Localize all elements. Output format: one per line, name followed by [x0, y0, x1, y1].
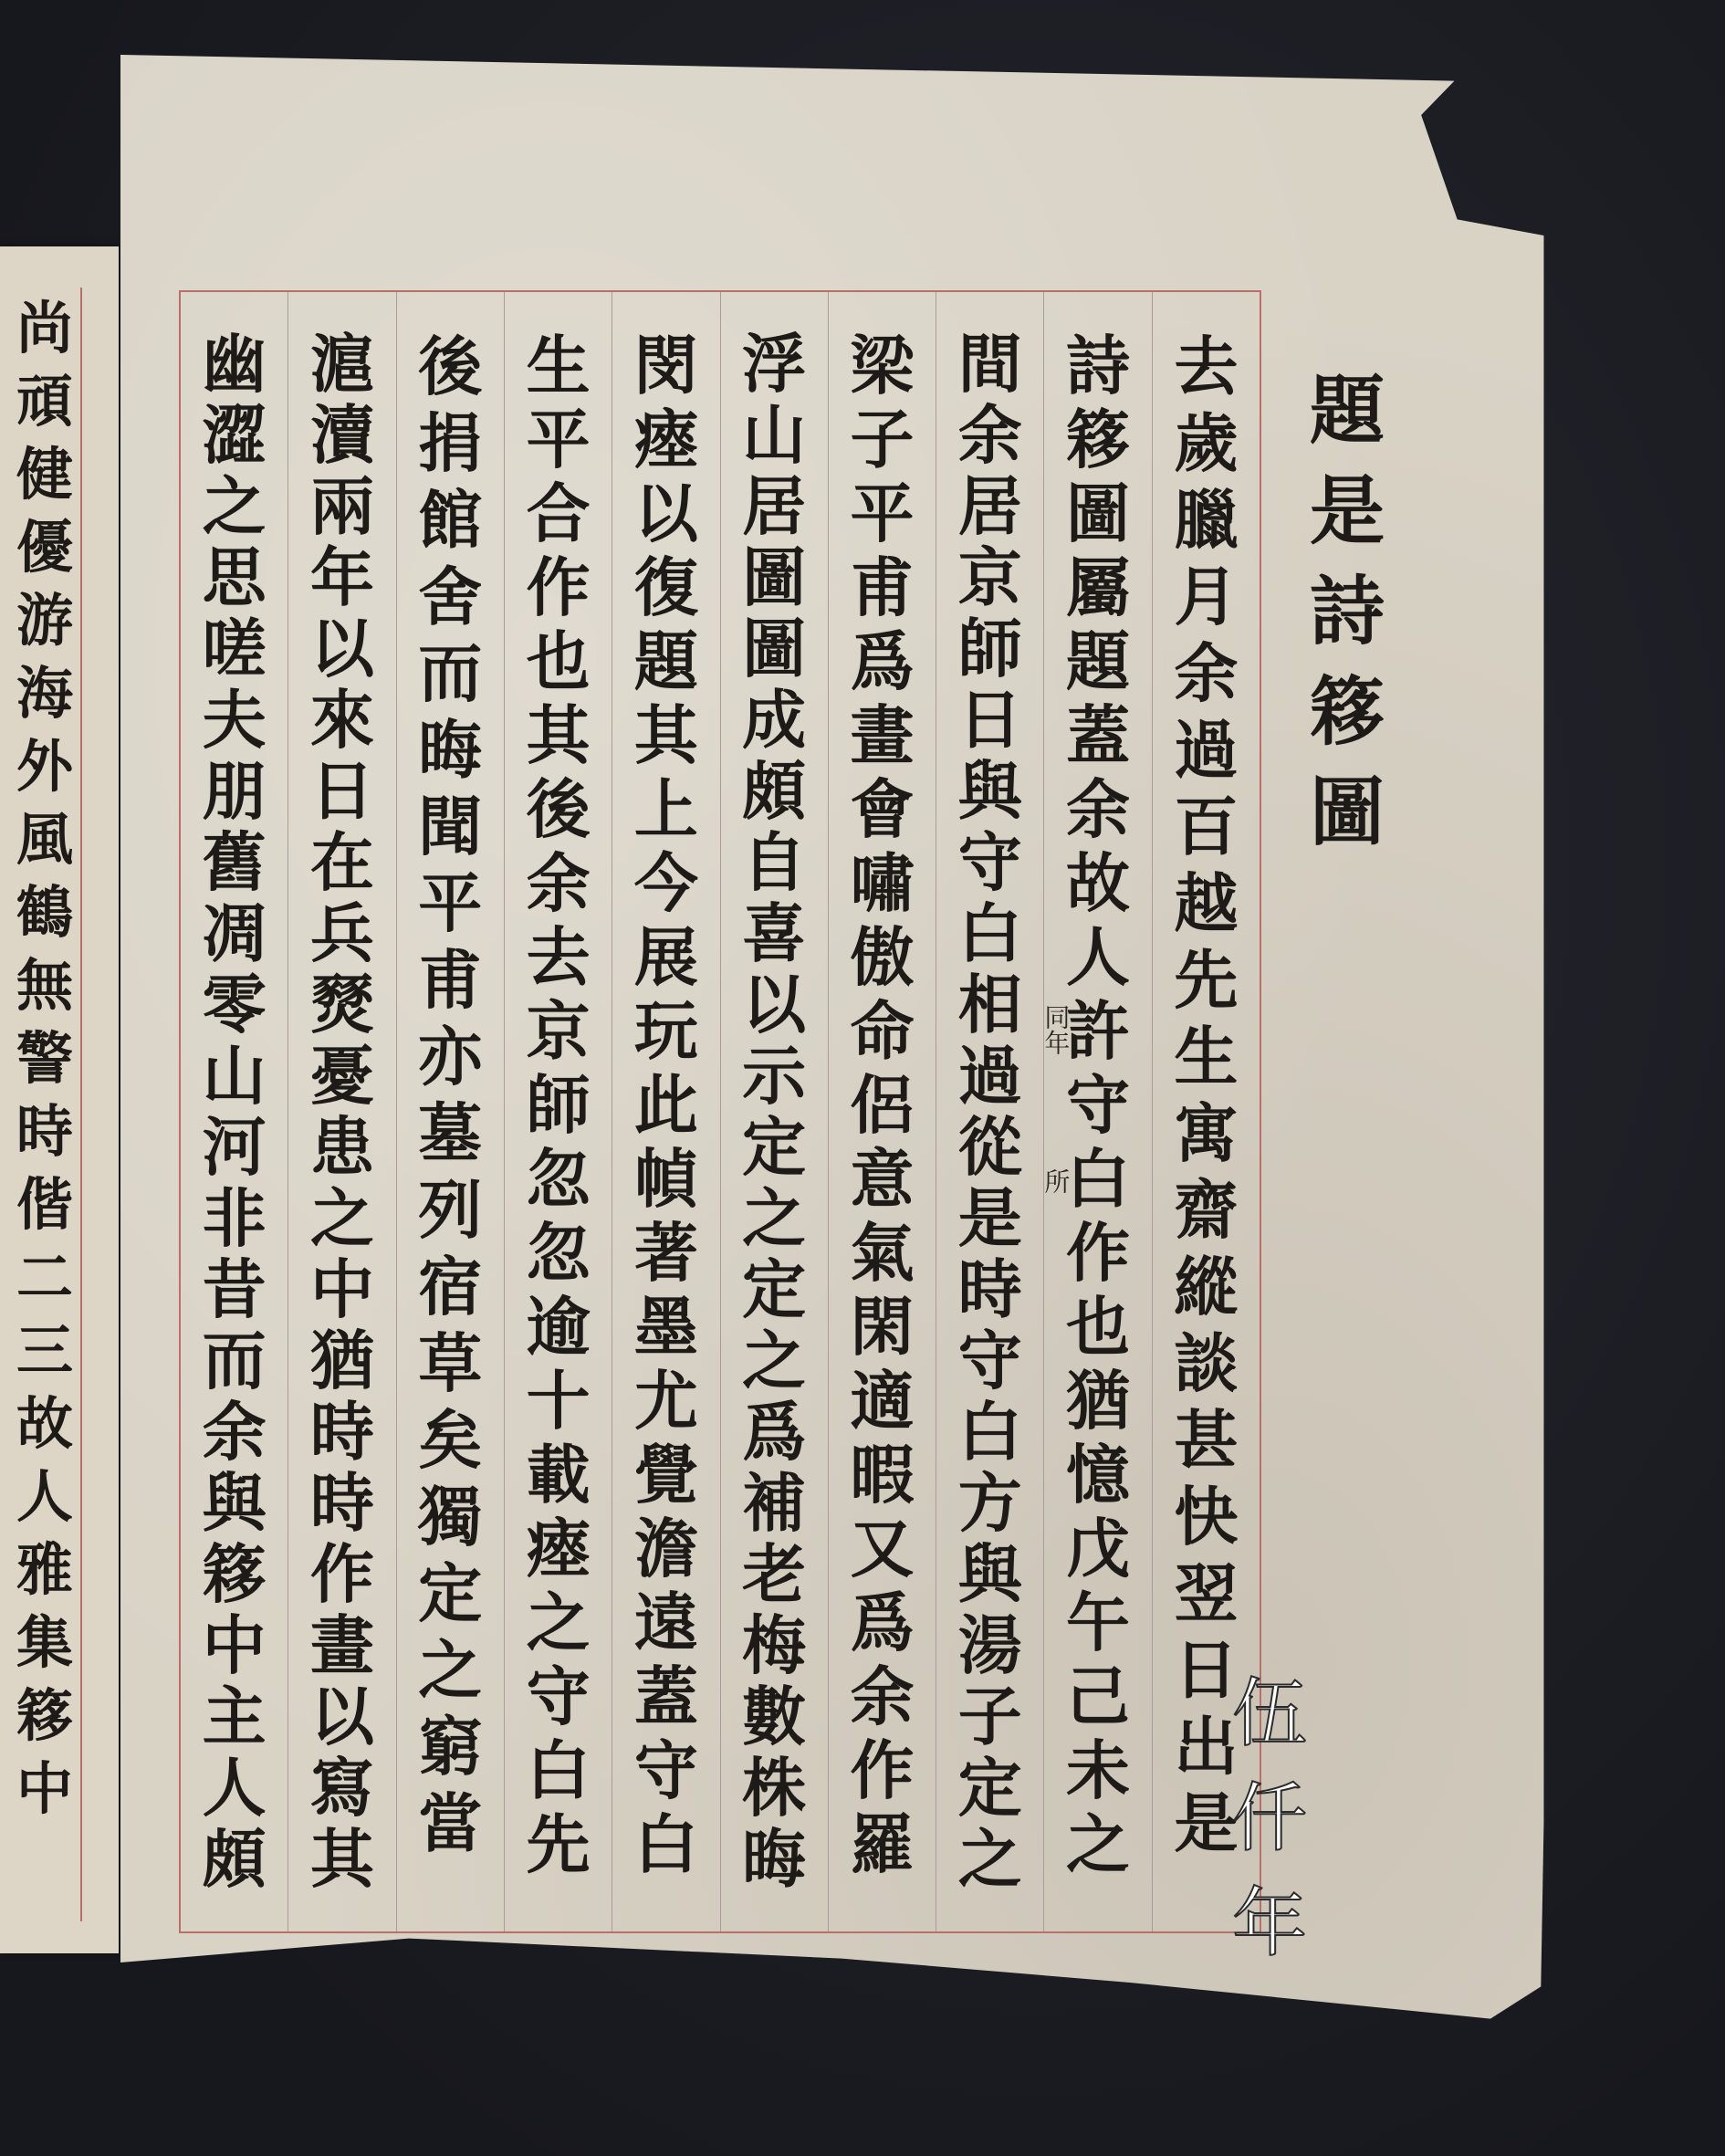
character: 生	[527, 329, 591, 403]
character: 意	[850, 1142, 914, 1216]
character: 主	[203, 1681, 267, 1753]
character: 忽	[527, 1216, 591, 1290]
character: 時	[310, 1468, 374, 1539]
character: 先	[1174, 942, 1238, 1019]
character: 氣	[850, 1216, 914, 1290]
character: 後	[527, 772, 591, 846]
character: 子	[958, 1681, 1022, 1753]
character: 圖	[1066, 476, 1130, 550]
watermark-character: 年	[1232, 1871, 1307, 1976]
character: 白	[634, 1807, 698, 1881]
character: 之	[527, 1586, 591, 1659]
character: 兵	[310, 898, 374, 969]
character: 非	[203, 1183, 267, 1254]
character: 齋	[1174, 1172, 1238, 1249]
left-page-red-border	[80, 288, 82, 1921]
character: 日	[310, 756, 374, 827]
character: 也	[1066, 1290, 1130, 1364]
character: 人	[1066, 920, 1130, 994]
character: 百	[1174, 789, 1238, 865]
character: 墓	[418, 1095, 482, 1172]
character: 簃	[16, 1680, 73, 1753]
character: 詩	[1066, 329, 1130, 403]
character: 翌	[1174, 1555, 1238, 1632]
character: 作	[310, 1539, 374, 1610]
character: 株	[742, 1753, 806, 1824]
character: 越	[1174, 865, 1238, 942]
character: 與	[958, 1539, 1022, 1610]
character: 許	[1066, 994, 1130, 1068]
character: 昔	[203, 1254, 267, 1325]
character: 無	[16, 949, 73, 1022]
character: 瀆	[310, 400, 374, 471]
character: 師	[958, 613, 1022, 685]
character: 其	[310, 1824, 374, 1895]
character: 頗	[742, 756, 806, 827]
character: 時	[16, 1095, 73, 1168]
character: 定	[742, 1112, 806, 1183]
character: 二	[16, 1241, 73, 1314]
character: 澹	[634, 1512, 698, 1586]
character: 簃	[203, 1539, 267, 1610]
character: 適	[850, 1364, 914, 1438]
character: 浮	[742, 329, 806, 400]
character: 玩	[634, 994, 698, 1068]
character: 患	[310, 1112, 374, 1183]
character: 縱	[1174, 1249, 1238, 1325]
character: 而	[203, 1325, 267, 1397]
character: 談	[1174, 1325, 1238, 1402]
character: 簃	[1310, 662, 1385, 762]
character: 中	[203, 1610, 267, 1681]
character: 館	[418, 482, 482, 559]
character: 臘	[1174, 482, 1238, 559]
character: 數	[742, 1681, 806, 1753]
character: 戊	[1066, 1512, 1130, 1586]
text-column-7: 生平合作也其後余去京師忽忽逾十載瘞之守白先	[504, 292, 612, 1931]
character: 余	[203, 1397, 267, 1468]
text-column-8: 後捐館舍而晦聞平甫亦墓列宿草矣獨定之窮當	[396, 292, 504, 1931]
character: 猶	[310, 1325, 374, 1397]
character: 遠	[634, 1586, 698, 1659]
character: 快	[1174, 1479, 1238, 1555]
character: 合	[527, 476, 591, 550]
character: 嘯	[850, 846, 914, 920]
character: 列	[418, 1172, 482, 1249]
character: 守	[958, 1325, 1022, 1397]
character: 守	[634, 1733, 698, 1807]
character: 復	[634, 550, 698, 624]
text-column-5: 浮山居圖圖成頗自喜以示定之定之爲補老梅數株晦	[720, 292, 828, 1931]
character: 暇	[850, 1438, 914, 1512]
character: 瘞	[527, 1512, 591, 1586]
left-page-column: 尚頑健優游海外風鶴無警時偕二三故人雅集簃中	[13, 292, 77, 1826]
character: 年	[310, 542, 374, 613]
text-column-4: 梁子平甫爲畫會嘯傲命侶意氣閑適暇又爲余作羅	[828, 292, 936, 1931]
character: 京	[527, 994, 591, 1068]
character: 屬	[1066, 550, 1130, 624]
character: 簃	[1066, 403, 1130, 476]
character: 而	[418, 635, 482, 712]
character: 故	[16, 1387, 73, 1460]
character: 窮	[418, 1709, 482, 1785]
character: 爲	[850, 1586, 914, 1659]
character: 其	[634, 698, 698, 772]
character: 逾	[527, 1290, 591, 1364]
character: 羅	[850, 1807, 914, 1881]
character: 甚	[1174, 1402, 1238, 1479]
character: 師	[527, 1068, 591, 1142]
character: 墨	[634, 1290, 698, 1364]
text-column-6: 閔瘞以復題其上今展玩此幀著墨尤覺澹遠蓋守白	[612, 292, 719, 1931]
character: 健	[16, 438, 73, 511]
character: 零	[203, 969, 267, 1041]
character: 之	[742, 1325, 806, 1397]
character: 以	[742, 969, 806, 1041]
character: 甫	[850, 550, 914, 624]
character: 侶	[850, 1068, 914, 1142]
character: 去	[1174, 329, 1238, 405]
character: 凋	[203, 898, 267, 969]
watermark: 伍仟年	[1232, 1661, 1307, 1976]
character: 猶	[1066, 1364, 1130, 1438]
character: 生	[1174, 1019, 1238, 1095]
character: 澀	[203, 400, 267, 471]
character: 之	[310, 1183, 374, 1254]
character: 京	[958, 542, 1022, 613]
character: 閑	[850, 1290, 914, 1364]
character: 爲	[850, 624, 914, 698]
character: 甫	[418, 942, 482, 1019]
character: 此	[634, 1068, 698, 1142]
character: 十	[527, 1364, 591, 1438]
character: 兩	[310, 471, 374, 542]
character: 畫	[310, 1610, 374, 1681]
character: 是	[958, 1183, 1022, 1254]
character: 過	[1174, 712, 1238, 789]
character: 今	[634, 846, 698, 920]
character: 集	[16, 1607, 73, 1680]
character: 思	[203, 542, 267, 613]
character: 己	[1066, 1659, 1130, 1733]
watermark-character: 仟	[1232, 1766, 1307, 1871]
character: 傲	[850, 920, 914, 994]
character: 河	[203, 1112, 267, 1183]
character: 爲	[742, 1397, 806, 1468]
character: 上	[634, 772, 698, 846]
character: 風	[16, 803, 73, 876]
character: 以	[310, 1681, 374, 1753]
character: 閔	[634, 329, 698, 403]
character: 自	[742, 827, 806, 898]
character: 亦	[418, 1019, 482, 1095]
character: 歲	[1174, 405, 1238, 482]
character: 是	[1174, 1785, 1238, 1862]
character: 燹	[310, 969, 374, 1041]
character: 當	[418, 1785, 482, 1862]
character: 過	[958, 1041, 1022, 1112]
character: 晦	[742, 1824, 806, 1895]
character: 余	[527, 846, 591, 920]
character: 作	[527, 550, 591, 624]
character: 頑	[16, 365, 73, 438]
character: 圖	[1310, 762, 1385, 863]
character: 宿	[418, 1249, 482, 1325]
character: 居	[958, 471, 1022, 542]
character: 矣	[418, 1402, 482, 1479]
character: 朋	[203, 756, 267, 827]
text-column-3: 間余居京師日與守白相過從是時守白方與湯子定之	[936, 292, 1043, 1931]
character: 平	[527, 403, 591, 476]
character: 日	[1174, 1632, 1238, 1709]
character: 出	[1174, 1709, 1238, 1785]
character: 畫	[850, 698, 914, 772]
character: 余	[1066, 772, 1130, 846]
character: 其	[527, 698, 591, 772]
character: 獨	[418, 1479, 482, 1555]
character: 方	[958, 1468, 1022, 1539]
text-column-2: 詩簃圖屬題蓋余故人許守白作也猶憶戊午己未之同年所	[1043, 292, 1151, 1931]
character: 圖	[742, 613, 806, 685]
character: 之	[742, 1183, 806, 1254]
character: 守	[1066, 1068, 1130, 1142]
character: 幀	[634, 1142, 698, 1216]
character: 詩	[1310, 561, 1385, 662]
red-ruled-frame: 去歲臘月余過百越先生寓齋縱談甚快翌日出是詩簃圖屬題蓋余故人許守白作也猶憶戊午己未…	[179, 290, 1261, 1933]
character: 題	[634, 624, 698, 698]
character: 月	[1174, 559, 1238, 635]
character: 定	[742, 1254, 806, 1325]
character: 之	[203, 471, 267, 542]
character: 尤	[634, 1364, 698, 1438]
character: 是	[1310, 461, 1385, 561]
character: 著	[634, 1216, 698, 1290]
character: 白	[527, 1733, 591, 1807]
character: 平	[418, 865, 482, 942]
character: 又	[850, 1512, 914, 1586]
character: 蓋	[634, 1659, 698, 1733]
character: 先	[527, 1807, 591, 1881]
character: 以	[634, 476, 698, 550]
character: 人	[203, 1753, 267, 1824]
character: 偕	[16, 1168, 73, 1241]
character: 間	[958, 329, 1022, 400]
character: 時	[958, 1254, 1022, 1325]
character: 雅	[16, 1533, 73, 1607]
character: 游	[16, 584, 73, 657]
character: 三	[16, 1314, 73, 1387]
character: 命	[850, 994, 914, 1068]
character: 人	[16, 1460, 73, 1533]
character: 題	[1066, 624, 1130, 698]
character: 定	[958, 1753, 1022, 1824]
character: 白	[958, 1397, 1022, 1468]
character: 之	[1066, 1807, 1130, 1881]
character: 海	[16, 657, 73, 730]
character: 山	[742, 400, 806, 471]
character: 居	[742, 471, 806, 542]
character: 成	[742, 685, 806, 756]
character: 以	[310, 613, 374, 685]
character: 寓	[1174, 1095, 1238, 1172]
character: 定	[418, 1555, 482, 1632]
character: 鶴	[16, 876, 73, 949]
character: 作	[1066, 1216, 1130, 1290]
character: 白	[1066, 1142, 1130, 1216]
character: 舍	[418, 559, 482, 635]
character: 也	[527, 624, 591, 698]
character: 日	[958, 685, 1022, 756]
character: 白	[958, 898, 1022, 969]
character: 梁	[850, 329, 914, 403]
character: 展	[634, 920, 698, 994]
character: 後	[418, 329, 482, 405]
character: 午	[1066, 1586, 1130, 1659]
left-page-fragment: 尚頑健優游海外風鶴無警時偕二三故人雅集簃中	[0, 246, 119, 1953]
character: 題	[1310, 361, 1385, 461]
character: 頗	[203, 1824, 267, 1895]
character: 余	[1174, 635, 1238, 712]
character: 平	[850, 476, 914, 550]
text-columns: 去歲臘月余過百越先生寓齋縱談甚快翌日出是詩簃圖屬題蓋余故人許守白作也猶憶戊午己未…	[181, 292, 1260, 1931]
character: 補	[742, 1468, 806, 1539]
character: 山	[203, 1041, 267, 1112]
character: 幽	[203, 329, 267, 400]
character: 時	[310, 1397, 374, 1468]
character: 在	[310, 827, 374, 898]
character: 子	[850, 403, 914, 476]
character: 尚	[16, 292, 73, 365]
character: 余	[850, 1659, 914, 1733]
character: 忽	[527, 1142, 591, 1216]
character: 聞	[418, 789, 482, 865]
character: 之	[958, 1824, 1022, 1895]
character: 載	[527, 1438, 591, 1512]
character: 捐	[418, 405, 482, 482]
page-title: 題是詩簃圖	[1310, 361, 1385, 863]
character: 嗟	[203, 613, 267, 685]
text-column-10: 幽澀之思嗟夫朋舊凋零山河非昔而余與簃中主人頗	[181, 292, 287, 1931]
character: 寫	[310, 1753, 374, 1824]
character: 舊	[203, 827, 267, 898]
character: 與	[958, 756, 1022, 827]
character: 作	[850, 1733, 914, 1807]
character: 梅	[742, 1610, 806, 1681]
character: 憂	[310, 1041, 374, 1112]
character: 從	[958, 1112, 1022, 1183]
character: 蓋	[1066, 698, 1130, 772]
character: 圖	[742, 542, 806, 613]
character: 憶	[1066, 1438, 1130, 1512]
character: 故	[1066, 846, 1130, 920]
character: 湯	[958, 1610, 1022, 1681]
character: 之	[418, 1632, 482, 1709]
character: 守	[958, 827, 1022, 898]
character: 去	[527, 920, 591, 994]
character: 草	[418, 1325, 482, 1402]
character: 瘞	[634, 403, 698, 476]
character: 來	[310, 685, 374, 756]
character: 警	[16, 1022, 73, 1095]
character: 示	[742, 1041, 806, 1112]
character: 老	[742, 1539, 806, 1610]
character: 中	[16, 1753, 73, 1826]
character: 會	[850, 772, 914, 846]
character: 優	[16, 511, 73, 584]
character: 與	[203, 1468, 267, 1539]
character: 覺	[634, 1438, 698, 1512]
character: 守	[527, 1659, 591, 1733]
character: 滬	[310, 329, 374, 400]
character: 未	[1066, 1733, 1130, 1807]
text-column-9: 滬瀆兩年以來日在兵燹憂患之中猶時時作畫以寫其	[287, 292, 395, 1931]
watermark-character: 伍	[1232, 1661, 1307, 1766]
character: 夫	[203, 685, 267, 756]
character: 相	[958, 969, 1022, 1041]
character: 余	[958, 400, 1022, 471]
character: 喜	[742, 898, 806, 969]
character: 晦	[418, 712, 482, 789]
character: 中	[310, 1254, 374, 1325]
character: 外	[16, 730, 73, 803]
